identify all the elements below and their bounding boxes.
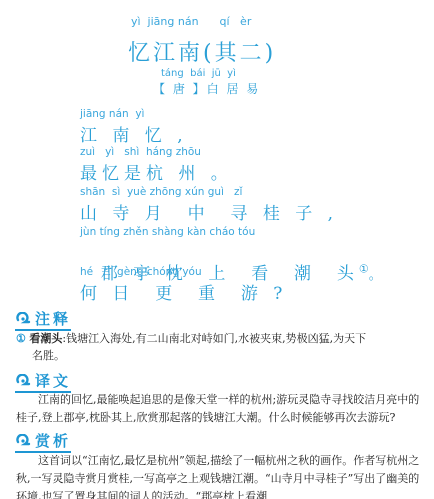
- translation-text: 江南的回忆,最能唤起追思的是像天堂一样的杭州;游玩灵隐寺寻找皎洁月亮中的桂子,登…: [16, 391, 420, 427]
- note-number: ①: [16, 332, 26, 345]
- poem-line-4-pinyin: jùn tíng zhěn shàng kàn cháo tóu: [80, 226, 255, 238]
- note-item-1: ① 看潮头:钱塘江入海处,有二山南北对峙如门,水被夹束,势极凶猛,为天下 名胜。: [16, 330, 420, 364]
- poem-author: 【 唐 】白 居 易: [153, 80, 260, 97]
- appreciation-heading: 赏析: [15, 430, 71, 451]
- poem-line-1-pinyin: jiāng nán yì: [80, 108, 144, 120]
- translation-heading: 译文: [15, 370, 71, 391]
- footnote-mark: ①: [359, 262, 369, 275]
- swirl-icon: [15, 374, 31, 388]
- poem-line-3: 山 寺 月 中 寻 桂 子 ,: [80, 199, 338, 224]
- poem-line-2: 最忆是杭 州 。: [80, 159, 233, 184]
- poem-line-4-punct: 。: [369, 268, 387, 283]
- note-term: 看潮头: [29, 332, 62, 345]
- poem-line-5-pinyin: hé rì gèng chóng yóu: [80, 266, 202, 278]
- notes-heading-label: 注释: [35, 308, 71, 329]
- notes-heading: 注释: [15, 308, 71, 329]
- poem-line-1: 江 南 忆 ,: [80, 121, 188, 146]
- note-text: :钱塘江入海处,有二山南北对峙如门,水被夹束,势极凶猛,为天下: [62, 332, 366, 345]
- swirl-icon: [15, 312, 31, 326]
- poem-line-5: 何 日 更 重 游 ?: [80, 279, 287, 304]
- poem-line-2-pinyin: zuì yì shì háng zhōu: [80, 146, 201, 158]
- poem-line-3-pinyin: shān sì yuè zhōng xún guì zǐ: [80, 186, 242, 198]
- appreciation-text: 这首词以“江南忆,最忆是杭州”领起,描绘了一幅杭州之秋的画作。作者写杭州之秋,一…: [16, 452, 420, 499]
- translation-heading-label: 译文: [35, 370, 71, 391]
- note-continuation: 名胜。: [16, 347, 420, 364]
- author-pinyin: táng bái jū yì: [161, 68, 236, 79]
- poem-title: 忆江南(其二): [128, 36, 276, 67]
- appreciation-heading-label: 赏析: [35, 430, 71, 451]
- title-pinyin: yì jiāng nán qí èr: [131, 15, 251, 28]
- swirl-icon: [15, 434, 31, 448]
